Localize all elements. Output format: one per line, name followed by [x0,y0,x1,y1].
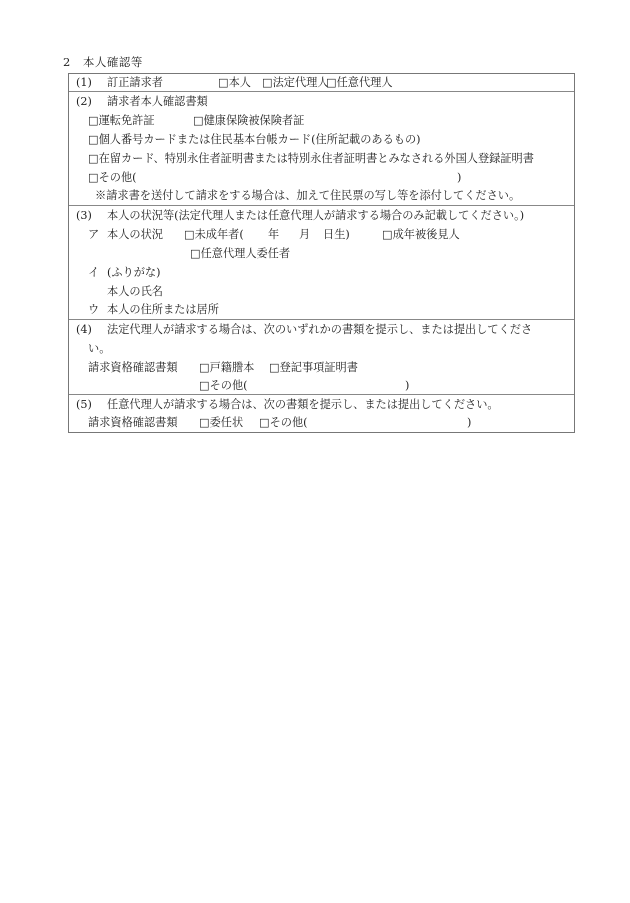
item-number: (1) [76,74,92,91]
checkbox-koseki[interactable]: □戸籍謄本 [199,358,254,377]
checkbox-adult-ward[interactable]: □成年被後見人 [382,225,460,244]
legal-rep-instruction: 法定代理人が請求する場合は、次のいずれかの書類を提示し、または提出してくださ [107,320,532,339]
checkbox-principal-of-proxy[interactable]: □任意代理人委任者 [190,244,290,263]
birth-year-label: 年 [268,225,279,244]
qualification-docs-label: 請求資格確認書類 [88,414,178,431]
marker-u: ウ [88,301,99,318]
voluntary-rep-instruction: 任意代理人が請求する場合は、次の書類を提示し、または提出してください。 [107,395,499,414]
section-number: 2 [63,55,71,69]
row-id-documents: (2) 請求者本人確認書類 □運転免許証 □健康保険被保険者証 □個人番号カード… [69,91,574,205]
other-legal-close: ) [405,377,409,394]
checkbox-health-insurance[interactable]: □健康保険被保険者証 [193,111,304,130]
row-voluntary-rep-docs: (5) 任意代理人が請求する場合は、次の書類を提示し、または提出してください。 … [69,394,574,432]
identity-verification-table: (1) 訂正請求者 □本人 □法定代理人 □任意代理人 (2) 請求者本人確認書… [68,73,575,433]
birth-month-label: 月 [299,225,310,244]
requester-label: 訂正請求者 [107,74,163,91]
checkbox-power-of-attorney[interactable]: □委任状 [199,414,243,431]
checkbox-other-legal[interactable]: □その他( [199,377,248,394]
principal-name-label: 本人の氏名 [107,282,163,301]
checkbox-residence-card[interactable]: □在留カード、特別永住者証明書または特別永住者証明書とみなされる外国人登録証明書 [88,149,534,168]
checkbox-voluntary-rep[interactable]: □任意代理人 [326,74,393,91]
item-number: (2) [76,92,92,111]
item-number: (3) [76,206,92,225]
checkbox-other-id[interactable]: □その他( [88,168,137,187]
principal-status-label: 本人の状況等(法定代理人または任意代理人が請求する場合のみ記載してください。) [107,206,524,225]
checkbox-mynumber-card[interactable]: □個人番号カードまたは住民基本台帳カード(住所記載のあるもの) [88,130,421,149]
status-label: 本人の状況 [107,225,163,244]
checkbox-minor[interactable]: □未成年者( [184,225,244,244]
section-title: 本人確認等 [83,55,143,69]
marker-i: イ [88,263,99,282]
qualification-docs-label: 請求資格確認書類 [88,358,178,377]
marker-a: ア [88,225,99,244]
legal-rep-instruction-cont: い。 [88,339,110,358]
checkbox-drivers-license[interactable]: □運転免許証 [88,111,155,130]
row-legal-rep-docs: (4) 法定代理人が請求する場合は、次のいずれかの書類を提示し、または提出してく… [69,319,574,394]
row-requester: (1) 訂正請求者 □本人 □法定代理人 □任意代理人 [69,74,574,91]
checkbox-legal-rep[interactable]: □法定代理人 [262,74,329,91]
other-id-close: ) [457,168,461,187]
other-voluntary-close: ) [467,414,471,431]
furigana-label: (ふりがな) [107,263,160,282]
id-docs-label: 請求者本人確認書類 [107,92,208,111]
item-number: (5) [76,395,92,414]
checkbox-registry-cert[interactable]: □登記事項証明書 [269,358,358,377]
section-heading: 2本人確認等 [63,54,143,70]
row-principal-status: (3) 本人の状況等(法定代理人または任意代理人が請求する場合のみ記載してくださ… [69,205,574,319]
birth-day-label: 日生) [323,225,350,244]
principal-address-label: 本人の住所または居所 [107,301,219,318]
checkbox-self[interactable]: □本人 [218,74,251,91]
item-number: (4) [76,320,92,339]
checkbox-other-voluntary[interactable]: □その他( [259,414,308,431]
mail-note: ※請求書を送付して請求をする場合は、加えて住民票の写し等を添付してください。 [95,187,520,204]
